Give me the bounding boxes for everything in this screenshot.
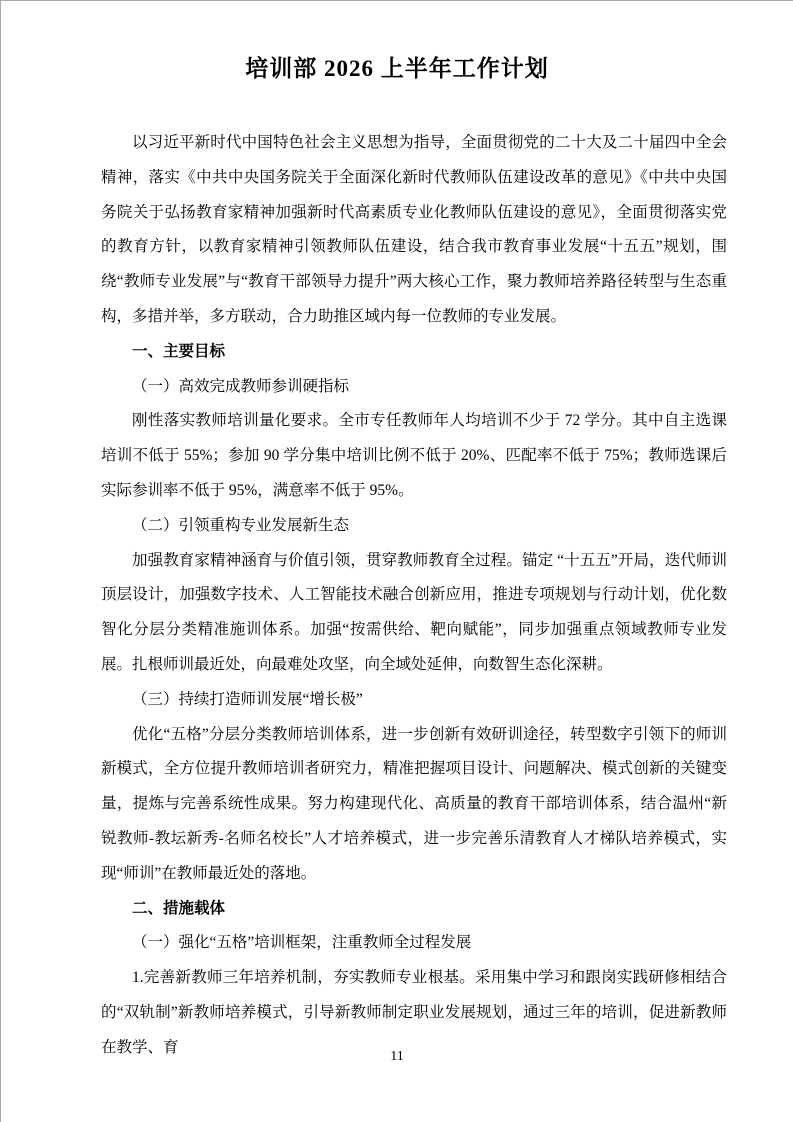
goal-1-paragraph: 刚性落实教师培训量化要求。全市专任教师年人均培训不少于 72 学分。其中自主选课… — [101, 404, 727, 508]
goal-3-paragraph: 优化“五格”分层分类教师培训体系，进一步创新有效研训途径，转型数字引领下的师训新… — [101, 718, 727, 892]
subheading-goal-3: （三）持续打造师训发展“增长极” — [101, 683, 727, 718]
goal-2-paragraph: 加强教育家精神涵育与价值引领，贯穿教师教育全过程。锚定 “十五五”开局，迭代师训… — [101, 544, 727, 683]
document-page: 培训部 2026 上半年工作计划 以习近平新时代中国特色社会主义思想为指导，全面… — [0, 0, 793, 1122]
document-body: 以习近平新时代中国特色社会主义思想为指导，全面贯彻党的二十大及二十届四中全会精神… — [101, 126, 727, 1066]
subheading-goal-2: （二）引领重构专业发展新生态 — [101, 509, 727, 544]
document-title: 培训部 2026 上半年工作计划 — [1, 49, 793, 89]
subheading-measure-1: （一）强化“五格”培训框架，注重教师全过程发展 — [101, 926, 727, 961]
subheading-goal-1: （一）高效完成教师参训硬指标 — [101, 370, 727, 405]
section-heading-main-goals: 一、主要目标 — [101, 335, 727, 370]
intro-paragraph: 以习近平新时代中国特色社会主义思想为指导，全面贯彻党的二十大及二十届四中全会精神… — [101, 126, 727, 335]
section-heading-measures: 二、措施载体 — [101, 892, 727, 927]
page-number: 11 — [1, 1047, 793, 1067]
